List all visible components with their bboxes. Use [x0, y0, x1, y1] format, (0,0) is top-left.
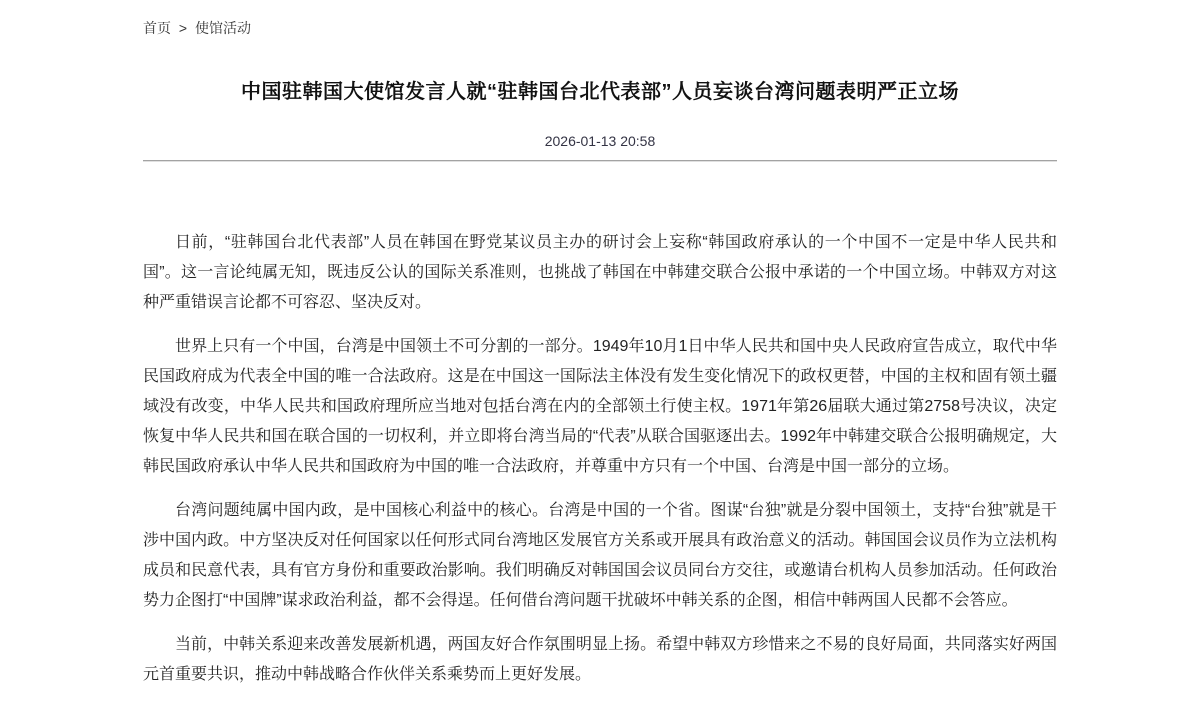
publish-date: 2026-01-13 20:58 [143, 132, 1057, 150]
breadcrumb-section[interactable]: 使馆活动 [195, 20, 251, 36]
breadcrumb: 首页 > 使馆活动 [143, 18, 1057, 38]
article-page: 首页 > 使馆活动 中国驻韩国大使馆发言人就“驻韩国台北代表部”人员妄谈台湾问题… [0, 0, 1200, 720]
article-body: 日前，“驻韩国台北代表部”人员在韩国在野党某议员主办的研讨会上妄称“韩国政府承认… [143, 162, 1057, 690]
article-paragraph: 台湾问题纯属中国内政，是中国核心利益中的核心。台湾是中国的一个省。图谋“台独”就… [143, 496, 1057, 616]
article-paragraph: 世界上只有一个中国，台湾是中国领土不可分割的一部分。1949年10月1日中华人民… [143, 332, 1057, 482]
breadcrumb-separator: > [179, 20, 187, 36]
breadcrumb-home[interactable]: 首页 [143, 20, 171, 36]
content-area: 首页 > 使馆活动 中国驻韩国大使馆发言人就“驻韩国台北代表部”人员妄谈台湾问题… [143, 0, 1057, 690]
article-paragraph: 日前，“驻韩国台北代表部”人员在韩国在野党某议员主办的研讨会上妄称“韩国政府承认… [143, 228, 1057, 318]
article-paragraph: 当前，中韩关系迎来改善发展新机遇，两国友好合作氛围明显上扬。希望中韩双方珍惜来之… [143, 630, 1057, 690]
page-title: 中国驻韩国大使馆发言人就“驻韩国台北代表部”人员妄谈台湾问题表明严正立场 [143, 78, 1057, 106]
